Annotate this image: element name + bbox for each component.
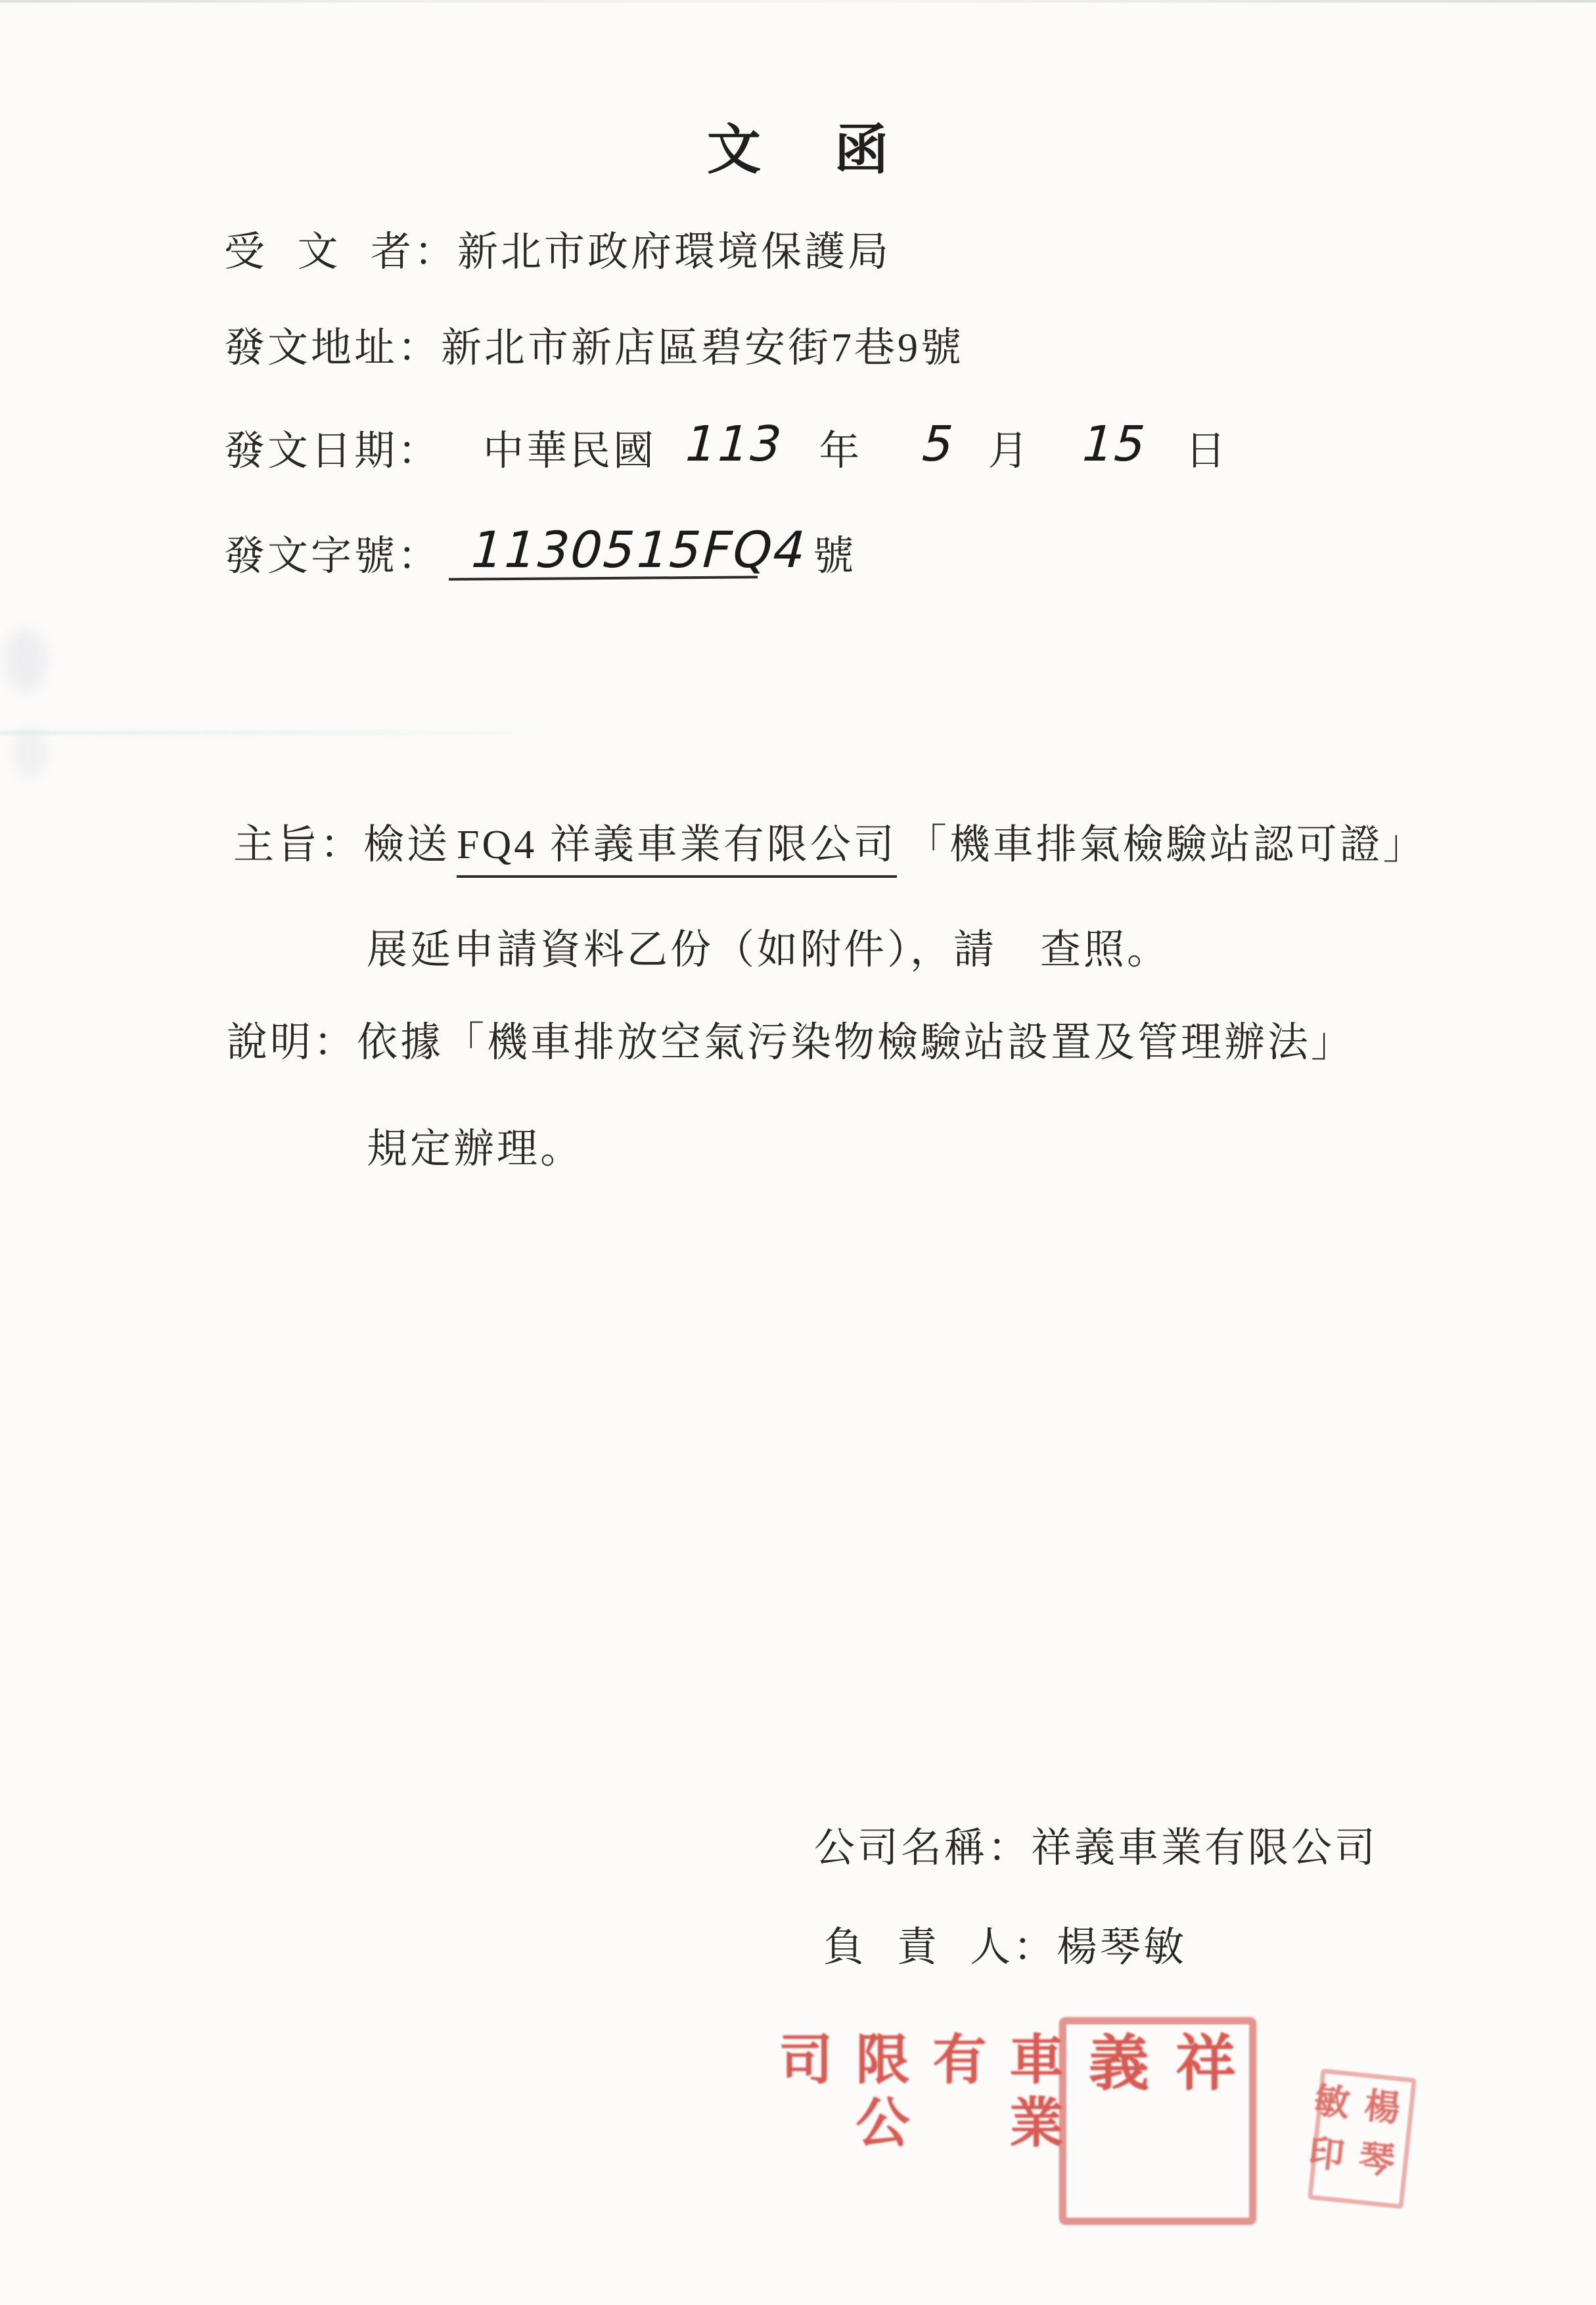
date-day-unit: 日 [1185,429,1229,474]
recipient-row: 受 文 者：新北市政府環境保護局 [224,230,891,275]
doc-number-row: 發文字號：1130515FQ4號 [224,528,856,580]
recipient-value: 新北市政府環境保護局 [457,230,891,275]
description-line2: 規定辦理。 [367,1127,583,1172]
date-year-handwritten: 113 [679,420,788,468]
responsible-person-label: 負 責 人： [823,1925,1057,1970]
subject-line2: 展延申請資料乙份（如附件），請 查照。 [367,928,1170,973]
date-day-handwritten: 15 [1076,420,1153,468]
recipient-label: 受 文 者： [224,230,457,275]
doc-number-label: 發文字號： [224,534,441,579]
address-value: 新北市新店區碧安街7巷9號 [441,326,964,371]
company-seal-column-3: 限公司 [763,2031,917,2211]
subject-certificate-title: 「機車排氣檢驗站認可證」 [906,823,1426,867]
subject-underlined-company: FQ4 祥義車業有限公司 [457,823,897,878]
description-row: 說明：依據「機車排放空氣污染物檢驗站設置及管理辦法」 [227,1020,1354,1066]
subject-lead: 檢送 [363,823,450,867]
person-seal-stamp: 楊琴 敏印 [1308,2068,1417,2209]
company-seal-stamp: 祥義 車業有 限公司 [1059,2017,1256,2225]
doc-number-unit: 號 [813,534,856,580]
subject-label: 主旨： [233,823,363,867]
scan-smudge-artifact [4,628,47,693]
subject-row: 主旨：檢送FQ4 祥義車業有限公司「機車排氣檢驗站認可證」 [233,823,1426,868]
description-line1: 依據「機車排放空氣污染物檢驗站設置及管理辦法」 [357,1020,1354,1065]
document-title: 文函 [707,120,962,181]
date-row: 發文日期：中華民國113年5月15日 [224,424,1229,474]
company-name-value: 祥義車業有限公司 [1031,1826,1378,1871]
scanner-edge-artifact [0,0,1596,3]
date-month-unit: 月 [988,429,1031,474]
company-seal-column-2: 車業有 [917,2031,1070,2211]
company-name-row: 公司名稱：祥義車業有限公司 [814,1826,1378,1871]
company-seal-column-1: 祥義 [1070,2031,1244,2211]
scan-line-artifact [0,731,604,735]
scanned-letter-page: 文函 受 文 者：新北市政府環境保護局 發文地址：新北市新店區碧安街7巷9號 發… [0,0,1596,2305]
doc-number-handwritten: 1130515FQ4 [465,525,813,575]
date-year-unit: 年 [819,429,862,474]
company-name-label: 公司名稱： [814,1826,1031,1871]
date-era: 中華民國 [483,429,656,474]
responsible-person-row: 負 責 人：楊琴敏 [823,1925,1187,1971]
date-label: 發文日期： [224,429,441,474]
description-label: 說明： [227,1020,357,1065]
person-seal-column-1: 楊琴 [1345,2082,1407,2199]
address-label: 發文地址： [224,326,441,371]
responsible-person-value: 楊琴敏 [1057,1925,1187,1970]
date-month-handwritten: 5 [917,420,961,468]
address-row: 發文地址：新北市新店區碧安街7巷9號 [224,326,964,371]
